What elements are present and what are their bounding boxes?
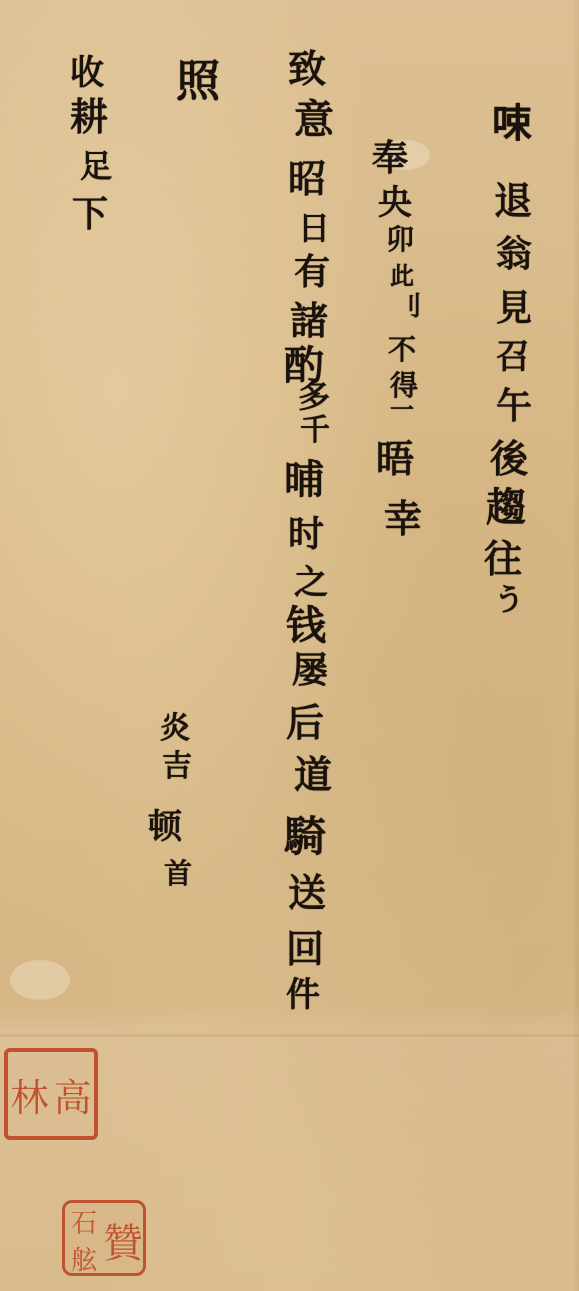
char: 道 xyxy=(294,756,332,794)
char: 昭 xyxy=(288,160,326,198)
char: 日 xyxy=(298,212,330,244)
char: 下 xyxy=(72,196,108,232)
calligraphy-paper: 𠲿 退 翁 見 召 午 後 趨 往 う 奉 央 卯 此 刂 不 得 一 晤 幸 … xyxy=(0,0,579,1291)
seal-fei: 贊 石 舷 xyxy=(62,1200,146,1276)
char: 趨 xyxy=(486,488,526,528)
char: 首 xyxy=(164,860,192,888)
char: 一 xyxy=(390,398,414,422)
char: 顿 xyxy=(148,810,182,844)
char: 意 xyxy=(294,100,334,140)
char: 致 xyxy=(288,50,326,88)
char: 时 xyxy=(288,516,324,552)
char: 晤 xyxy=(376,440,414,478)
char: 此 xyxy=(390,264,414,288)
char: 幸 xyxy=(384,500,422,538)
seal-gaolin: 林 高 xyxy=(4,1048,98,1140)
char: う xyxy=(494,586,524,616)
char: 有 xyxy=(294,254,330,290)
char: 送 xyxy=(288,874,326,912)
char: 央 xyxy=(378,186,412,220)
char: 千 xyxy=(300,416,330,446)
paper-fold-line xyxy=(0,1034,579,1037)
char: 耕 xyxy=(70,98,108,136)
char: 不 xyxy=(388,336,416,364)
char: 件 xyxy=(286,978,320,1012)
paper-edge xyxy=(573,0,579,1291)
char: 屡 xyxy=(292,652,328,688)
char: 收 xyxy=(70,56,104,90)
seal-char: 林 xyxy=(10,1067,48,1122)
char: 之 xyxy=(294,566,328,600)
char: 𠲿 xyxy=(492,104,532,144)
char: 刂 xyxy=(396,294,422,320)
char: 后 xyxy=(286,704,324,742)
char: 往 xyxy=(484,540,522,578)
char: 回 xyxy=(286,930,324,968)
char: 晡 xyxy=(284,460,324,500)
seal-char: 贊 xyxy=(103,1212,143,1269)
char: 钱 xyxy=(286,606,326,646)
char: 諸 xyxy=(290,302,328,340)
char: 多 xyxy=(298,380,330,412)
char: 騎 xyxy=(284,816,326,858)
char: 退 xyxy=(494,182,532,220)
char: 翁 xyxy=(496,236,532,272)
char: 奉 xyxy=(372,140,408,176)
seal-char: 高 xyxy=(53,1067,91,1122)
char: 足 xyxy=(80,150,112,182)
paper-stain xyxy=(10,960,70,1000)
char: 後 xyxy=(490,440,528,478)
char: 炎 xyxy=(160,714,190,744)
char: 午 xyxy=(496,388,532,424)
char: 見 xyxy=(496,290,532,326)
seal-char: 舷 xyxy=(71,1240,97,1277)
char: 吉 xyxy=(162,752,192,782)
char: 照 xyxy=(176,60,220,104)
char: 卯 xyxy=(386,226,414,254)
seal-char: 石 xyxy=(71,1203,97,1240)
char: 召 xyxy=(496,340,530,374)
